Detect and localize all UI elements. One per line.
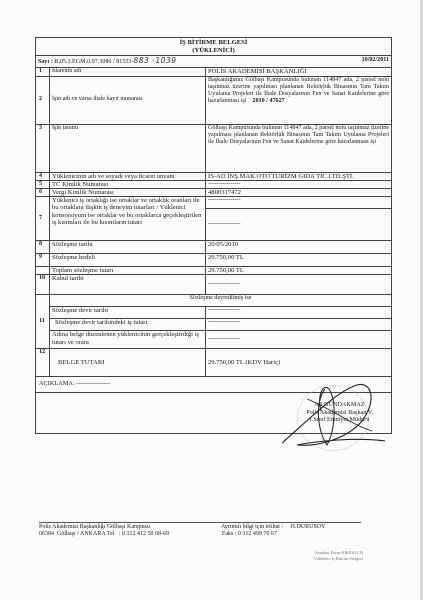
row-value: Başkanlığımız Gölbaşı Kampusunda bulunan… — [206, 76, 392, 124]
footer-address-2: 06384 Gölbaşı / ANKARA Tel : 0 312 412 5… — [39, 531, 218, 538]
sayi-row: Sayı : B.05.1.EGM.0.07.3086 / 81553-883 … — [36, 56, 392, 68]
row-value: ---------------- — [206, 197, 392, 209]
row-label: Adına belge düzenlenen yüklenicinin gerç… — [50, 331, 206, 349]
row-number: 1 — [36, 68, 50, 76]
row-number: 4 — [36, 172, 50, 180]
table-row: 1 İdarenin adı POLİS AKADEMİSİ BAŞKANLIĞ… — [36, 68, 392, 76]
title-row: İŞ BİTİRME BELGESİ (YÜKLENİCİ) — [36, 38, 392, 56]
document-date: 10/02/2011 — [362, 57, 389, 64]
signature-area: Ali GÜNDAKMAZ Polis Akademisi Başkan V. … — [36, 393, 391, 433]
document-form: İŞ BİTİRME BELGESİ (YÜKLENİCİ) Sayı : B.… — [35, 37, 391, 434]
row-label: BELGE TUTARI — [50, 349, 206, 377]
row-value: Gölbaşı Kampusunda bulunan 114847 ada, 2… — [206, 124, 392, 172]
row-value: ---------------- — [206, 307, 392, 319]
table-row: 2 İşin adı ve varsa ihale kayıt numarası… — [36, 76, 392, 124]
certificate-table: İŞ BİTİRME BELGESİ (YÜKLENİCİ) Sayı : B.… — [35, 37, 392, 434]
row-value: ---------------- — [206, 319, 392, 331]
row-number: 12 — [36, 349, 50, 377]
row-number: 3 — [36, 124, 50, 172]
sayi-value: B.05.1.EGM.0.07.3086 / 81553- — [54, 59, 133, 65]
table-row: 7 Yüklenici iş ortaklığı ise ortaklar ve… — [36, 197, 392, 209]
row-number — [36, 267, 50, 275]
row-value: 4800317472 — [206, 189, 392, 197]
standard-form-code: Standart Form-KİK026.1/H — [314, 550, 363, 556]
row-label: Yüklenicinin adı ve soyadı veya ticaret … — [50, 172, 206, 180]
row-label: Toplam sözleşme tutarı — [50, 267, 206, 275]
table-row: Toplam sözleşme tutarı 29.750,00 TL — [36, 267, 392, 275]
document-title: İŞ BİTİRME BELGESİ (YÜKLENİCİ) — [36, 38, 392, 56]
row-value: ---------------- — [206, 331, 392, 349]
footer-address-1: Polis Akademisi Başkanlığı Gölbaşı Kampu… — [39, 524, 219, 531]
signature-row: Ali GÜNDAKMAZ Polis Akademisi Başkan V. … — [36, 393, 392, 434]
row-number: 10 — [36, 275, 50, 295]
row-label: Sözleşme bedeli — [50, 254, 206, 267]
section-11-heading: Sözleşme devredilmiş ise — [50, 295, 392, 307]
footer-contact-2: Faks : 0 312 499 70 67 — [218, 531, 361, 538]
row-value: ---------------- — [206, 180, 392, 188]
row-number: 7 — [36, 197, 50, 241]
signatory-name: Ali GÜNDAKMAZ — [306, 401, 373, 408]
table-row: 9 Sözleşme bedeli 29.750,00 TL — [36, 254, 392, 267]
table-row: Adına belge düzenlenen yüklenicinin gerç… — [36, 331, 392, 349]
row-number: 5 — [36, 180, 50, 188]
row-value: POLİS AKADEMİSİ BAŞKANLIĞI — [206, 68, 392, 76]
row-value: 29.750,00 TL (KDV Hariç) — [206, 349, 392, 377]
row-number: 2 — [36, 76, 50, 124]
reference-number: Sayı : B.05.1.EGM.0.07.3086 / 81553-883 … — [36, 56, 392, 68]
table-row: 6 Vergi Kimlik Numarası 4800317472 — [36, 189, 392, 197]
row-label: İşin tanımı — [50, 124, 206, 172]
table-row: 5 TC Kimlik Numarası ---------------- — [36, 180, 392, 188]
table-row: Sözleşme devir tarihindeki iş tutarı ---… — [36, 319, 392, 331]
table-row: 10 Kabul tarihi ---------------- — [36, 275, 392, 295]
row-value: 29.750,00 TL — [206, 254, 392, 267]
row-label: Sözleşme devir tarihi — [50, 307, 206, 319]
row-number: 8 — [36, 241, 50, 254]
row-number: 9 — [36, 254, 50, 267]
row-label: Sözleşme devir tarihindeki iş tutarı — [50, 319, 206, 331]
row-label: İşin adı ve varsa ihale kayıt numarası — [50, 76, 206, 124]
tender-number: 2010 / 47627 — [253, 98, 285, 104]
signature-cell: Ali GÜNDAKMAZ Polis Akademisi Başkan V. … — [36, 393, 392, 434]
row-value-secondary: ---------------- — [206, 209, 392, 241]
footer: Polis Akademisi Başkanlığı Gölbaşı Kampu… — [39, 522, 361, 539]
title-text: İŞ BİTİRME BELGESİ — [36, 39, 391, 47]
row-label: Kabul tarihi — [50, 275, 206, 295]
row-label: Sözleşme tarihi — [50, 241, 206, 254]
subtitle-text: (YÜKLENİCİ) — [36, 47, 391, 55]
handwritten-number: 883 -1039 — [133, 56, 176, 65]
row-value: 20/05/2010 — [206, 241, 392, 254]
table-row: 4 Yüklenicinin adı ve soyadı veya ticare… — [36, 172, 392, 180]
signatory-rank: I.Sınıf Emniyet Müdürü — [306, 416, 373, 423]
footer-contact-1: Ayrıntılı bilgi için irtibat : H.DURUSOY — [221, 524, 361, 531]
section-11-heading-row: 11 Sözleşme devredilmiş ise — [36, 295, 392, 307]
row-label: Yüklenici iş ortaklığı ise ortaklar ve o… — [50, 197, 206, 241]
table-row: 3 İşin tanımı Gölbaşı Kampusunda bulunan… — [36, 124, 392, 172]
standard-form-label: Standart Form-KİK026.1/H Yüklenici İş Bi… — [314, 550, 363, 561]
table-row: 12 BELGE TUTARI 29.750,00 TL (KDV Hariç) — [36, 349, 392, 377]
signatory-title: Polis Akademisi Başkan V. — [306, 409, 373, 416]
footer-row-1: Polis Akademisi Başkanlığı Gölbaşı Kampu… — [39, 524, 361, 531]
signature-block: Ali GÜNDAKMAZ Polis Akademisi Başkan V. … — [306, 401, 373, 423]
row-label: TC Kimlik Numarası — [50, 180, 206, 188]
table-row: 8 Sözleşme tarihi 20/05/2010 — [36, 241, 392, 254]
footer-row-2: 06384 Gölbaşı / ANKARA Tel : 0 312 412 5… — [39, 531, 361, 538]
row-value: İS-AD İNŞ.MAK.OTO TURİZM GIDA TİC.LTD.ŞT… — [206, 172, 392, 180]
row-value: ---------------- — [206, 275, 392, 295]
row-value: 29.750,00 TL — [206, 267, 392, 275]
sayi-label: Sayı : — [38, 59, 53, 65]
row-number: 6 — [36, 189, 50, 197]
job-name-text: Başkanlığımız Gölbaşı Kampusunda bulunan… — [208, 77, 389, 105]
table-row: Sözleşme devir tarihi ---------------- — [36, 307, 392, 319]
row-number: 11 — [36, 295, 50, 349]
row-label: İdarenin adı — [50, 68, 206, 76]
standard-form-name: Yüklenici İş Bitirme Belgesi — [314, 556, 363, 562]
row-label: Vergi Kimlik Numarası — [50, 189, 206, 197]
